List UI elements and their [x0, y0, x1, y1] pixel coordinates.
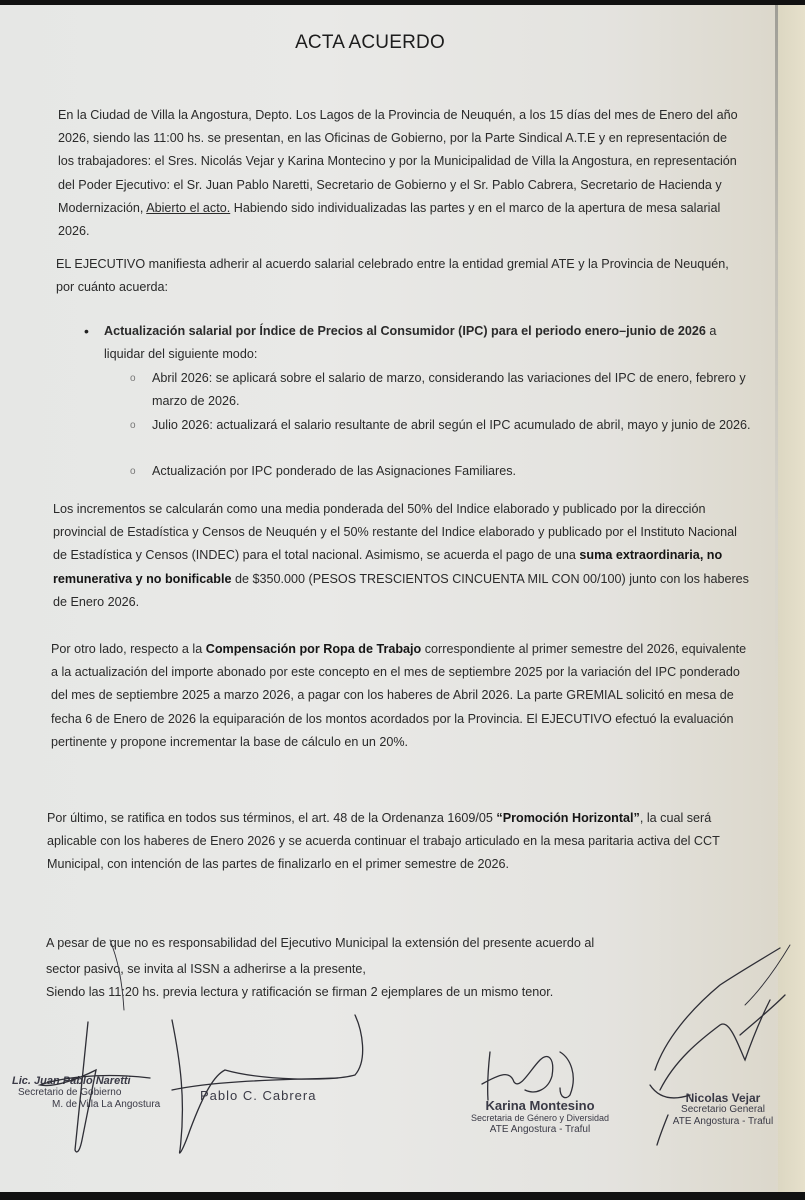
underlined-phrase: Abierto el acto. [146, 201, 230, 215]
page-edge [778, 5, 805, 1192]
paragraph-work-clothes: Por otro lado, respecto a la Compensació… [51, 638, 751, 754]
paragraph-increments: Los incrementos se calcularán como una m… [53, 498, 753, 614]
sub-bullet-icon: o [130, 460, 136, 483]
signature-cabrera: Pablo C. Cabrera [200, 1090, 316, 1102]
sub-item-abril: Abril 2026: se aplicará sobre el salario… [152, 367, 752, 413]
document-title: ACTA ACUERDO [0, 32, 740, 54]
signature-vejar: Nicolas Vejar Secretario General ATE Ang… [648, 1092, 798, 1128]
sub-bullet-icon: o [130, 414, 136, 437]
bullet-icon: • [84, 320, 89, 343]
signature-montesino: Karina Montesino Secretaria de Género y … [455, 1100, 625, 1136]
sub-bullet-icon: o [130, 367, 136, 390]
page-fold-line [775, 5, 778, 1192]
sub-item-julio: Julio 2026: actualizará el salario resul… [152, 414, 752, 437]
paragraph-promotion: Por último, se ratifica en todos sus tér… [47, 807, 747, 877]
signature-naretti: Lic. Juan Pablo Naretti Secretario de Go… [12, 1075, 160, 1111]
bullet-item-ipc: Actualización salarial por Índice de Pre… [104, 320, 744, 366]
paragraph-opening: En la Ciudad de Villa la Angostura, Dept… [58, 104, 738, 243]
sub-item-asignaciones: Actualización por IPC ponderado de las A… [152, 460, 752, 483]
paragraph-closing: A pesar de que no es responsabilidad del… [46, 930, 746, 1002]
paragraph-executive: EL EJECUTIVO manifiesta adherir al acuer… [56, 253, 736, 299]
